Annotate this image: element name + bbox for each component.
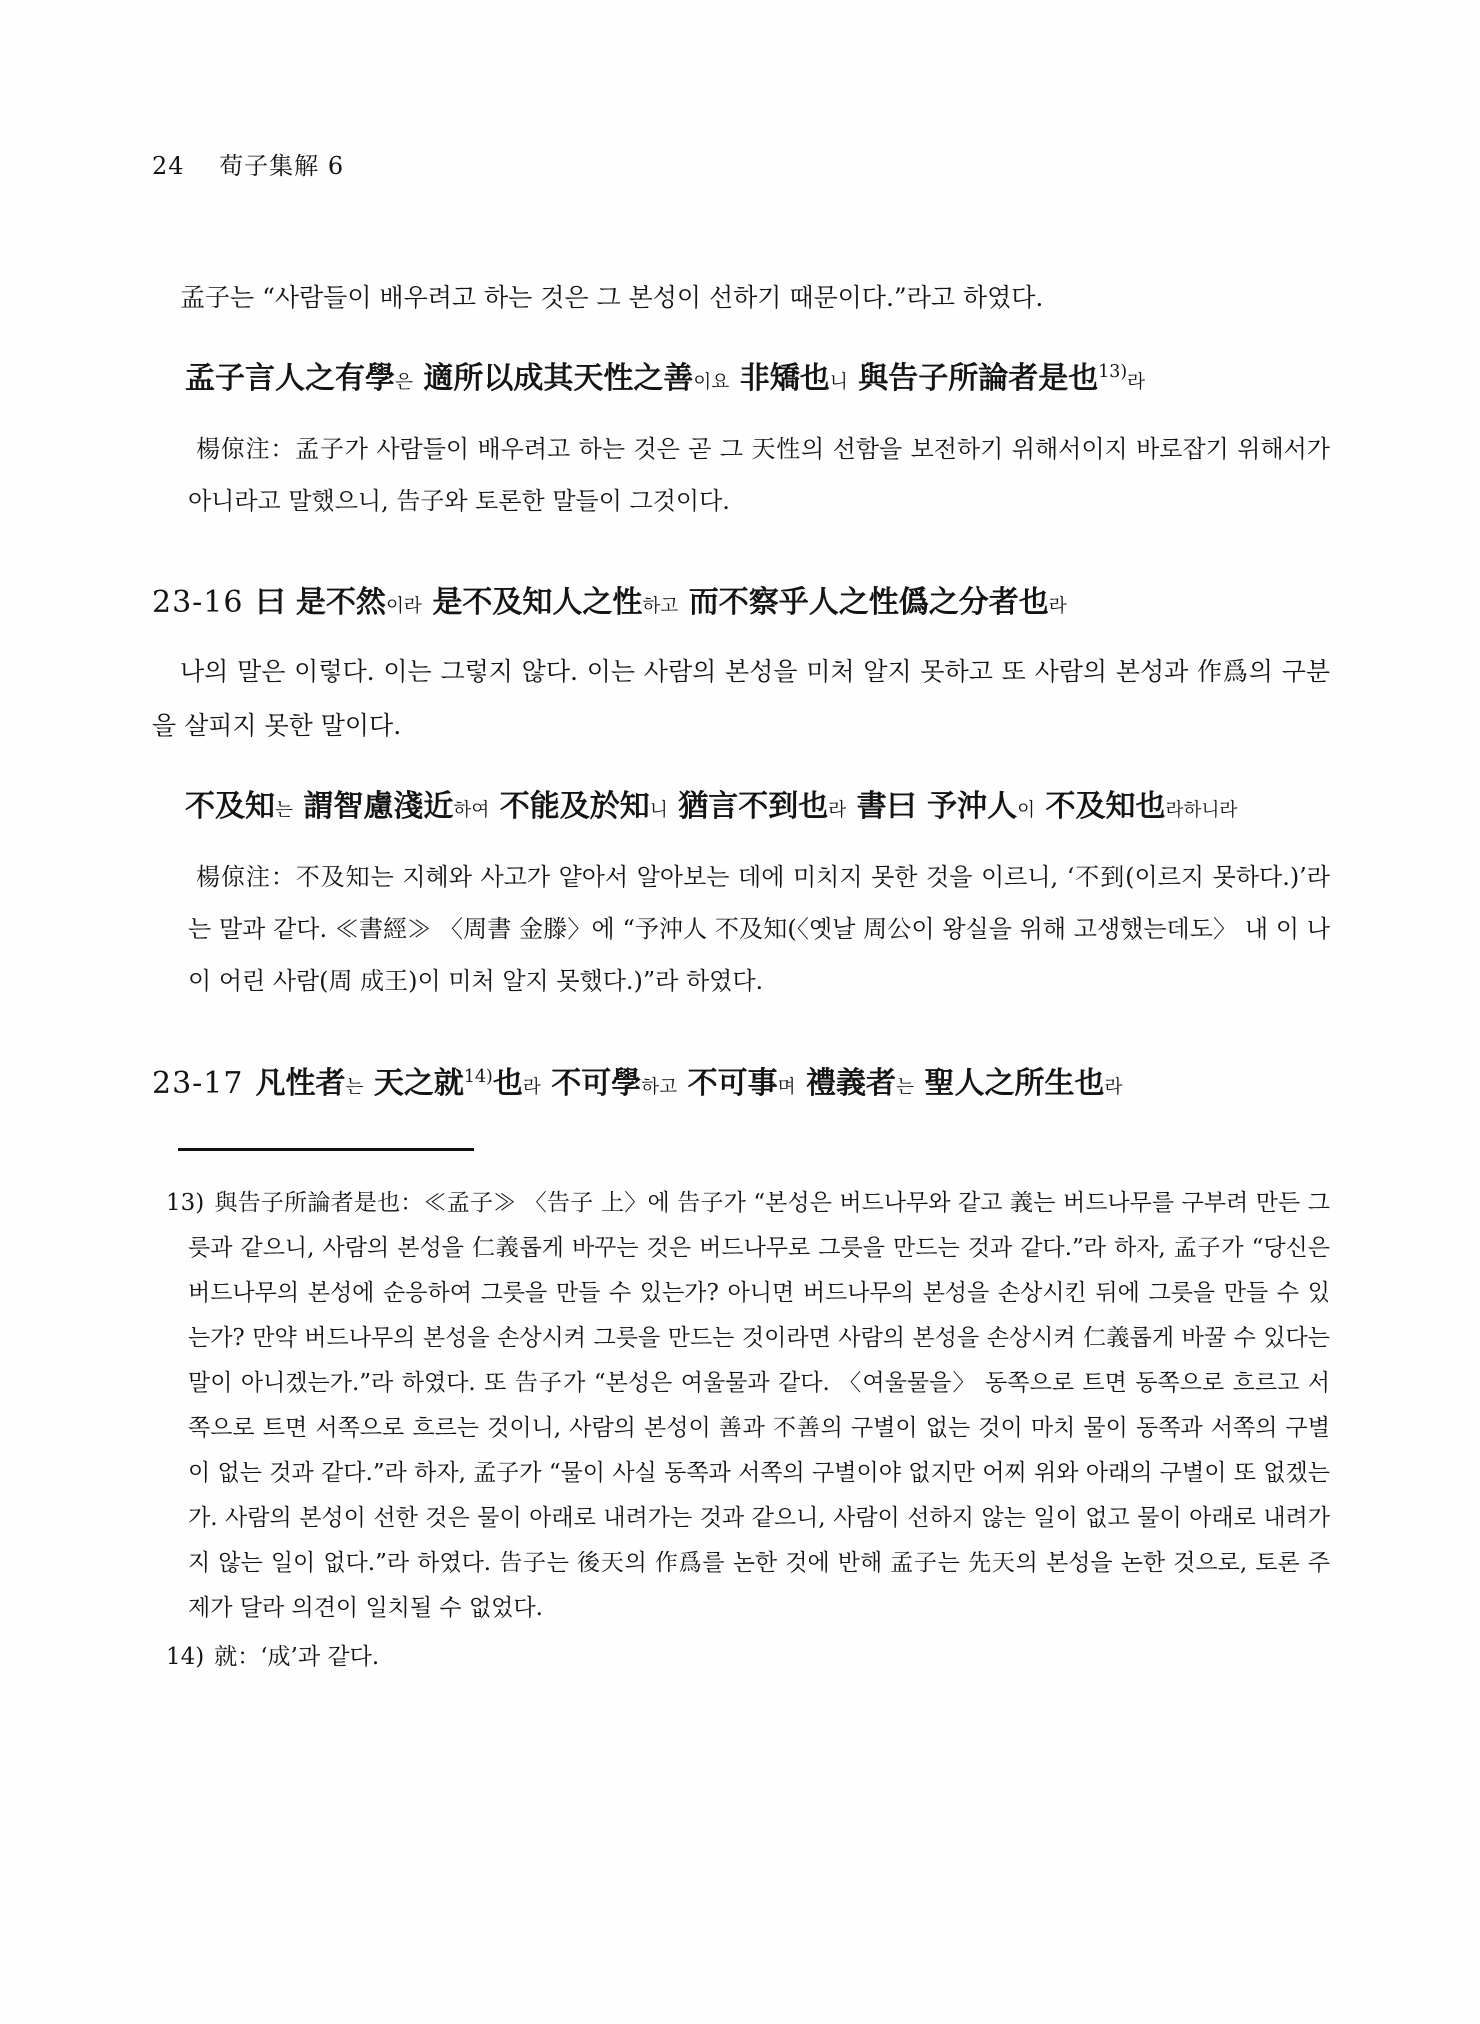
text-segment: 라 xyxy=(1049,596,1067,617)
footnote-text: 與告子所論者是也：≪孟子≫ 〈告子 上〉에 告子가 “본성은 버드나무와 같고 … xyxy=(188,1190,1330,1622)
text-segment: 不及知 xyxy=(185,789,275,824)
text-segment: 孟子는 “사람들이 배우려고 하는 것은 그 본성이 선하기 때문이다.”라고 … xyxy=(180,283,1043,312)
text-segment: 曰 是不然 xyxy=(255,585,385,620)
section-number: 23-17 xyxy=(152,1066,243,1101)
text-segment: 하고 xyxy=(642,596,678,617)
text-segment: 謂智慮淺近 xyxy=(293,789,453,824)
footnotes-area: 13)與告子所論者是也：≪孟子≫ 〈告子 上〉에 告子가 “본성은 버드나무와 … xyxy=(152,1148,1330,1681)
page-header: 24 荀子集解 6 xyxy=(152,146,1330,181)
text-segment: 禮義者 xyxy=(796,1066,896,1101)
section-paragraph: 23-17凡性者는 天之就14)也라 不可學하고 不可事며 禮義者는 聖人之所生… xyxy=(152,1060,1330,1108)
text-segment: 是不及知人之性 xyxy=(422,585,642,620)
text-segment: 은 xyxy=(395,372,413,393)
text-segment: 라하니라 xyxy=(1166,800,1238,821)
text-segment: 適所以成其天性之善 xyxy=(413,361,693,396)
text-segment: 이라 xyxy=(386,596,422,617)
footnote-number: 13) xyxy=(166,1190,204,1216)
text-segment: 天之就 xyxy=(363,1066,463,1101)
text-segment: 不及知也 xyxy=(1035,789,1165,824)
text-segment: 不能及於知 xyxy=(489,789,649,824)
footnote-text: 就：‘成’과 같다. xyxy=(214,1644,379,1670)
text-segment: 不可學 xyxy=(541,1066,641,1101)
page-content: 孟子는 “사람들이 배우려고 하는 것은 그 본성이 선하기 때문이다.”라고 … xyxy=(152,271,1330,1108)
text-segment: 不可事 xyxy=(677,1066,777,1101)
commentary-paragraph: 楊倞注：孟子가 사람들이 배우려고 하는 것은 곧 그 天性의 선함을 보전하기… xyxy=(188,423,1330,528)
text-segment: 는 xyxy=(275,800,293,821)
korean-paragraph: 나의 말은 이렇다. 이는 그렇지 않다. 이는 사람의 본성을 미처 알지 못… xyxy=(152,645,1330,753)
footnote-item: 14)就：‘成’과 같다. xyxy=(166,1635,1330,1680)
korean-paragraph: 孟子는 “사람들이 배우려고 하는 것은 그 본성이 선하기 때문이다.”라고 … xyxy=(152,271,1330,325)
book-title: 荀子集解 6 xyxy=(219,152,344,180)
book-page: 24 荀子集解 6 孟子는 “사람들이 배우려고 하는 것은 그 본성이 선하기… xyxy=(0,0,1480,2024)
text-segment: 凡性者 xyxy=(255,1066,345,1101)
text-segment: 라 xyxy=(828,800,846,821)
footnote-item: 13)與告子所論者是也：≪孟子≫ 〈告子 上〉에 告子가 “본성은 버드나무와 … xyxy=(166,1181,1330,1632)
text-segment: 니 xyxy=(650,800,668,821)
commentary-paragraph: 楊倞注：不及知는 지혜와 사고가 얕아서 알아보는 데에 미치지 못한 것을 이… xyxy=(188,851,1330,1008)
text-segment: 니 xyxy=(830,372,848,393)
text-segment: 이요 xyxy=(693,372,729,393)
text-segment: 猶言不到也 xyxy=(668,789,828,824)
text-segment: 는 xyxy=(896,1077,914,1098)
footnote-ref: 14) xyxy=(464,1067,493,1087)
text-segment: 라 xyxy=(1104,1077,1122,1098)
text-segment: 楊倞注：不及知는 지혜와 사고가 얕아서 알아보는 데에 미치지 못한 것을 이… xyxy=(188,863,1330,996)
text-segment: 나의 말은 이렇다. 이는 그렇지 않다. 이는 사람의 본성을 미처 알지 못… xyxy=(152,657,1330,740)
text-segment: 與告子所論者是也 xyxy=(848,361,1098,396)
footnote-ref: 13) xyxy=(1098,362,1127,382)
section-number: 23-16 xyxy=(152,585,243,620)
text-segment: 는 xyxy=(345,1077,363,1098)
text-segment: 非矯也 xyxy=(729,361,829,396)
page-number: 24 xyxy=(152,152,185,180)
footnote-separator xyxy=(178,1148,474,1151)
text-segment: 楊倞注：孟子가 사람들이 배우려고 하는 것은 곧 그 天性의 선함을 보전하기… xyxy=(188,435,1330,515)
text-segment: 이 xyxy=(1017,800,1035,821)
text-segment: 며 xyxy=(778,1077,796,1098)
hanmun-paragraph: 孟子言人之有學은 適所以成其天性之善이요 非矯也니 與告子所論者是也13)라 xyxy=(185,351,1330,407)
text-segment: 라 xyxy=(1127,372,1145,393)
footnote-number: 14) xyxy=(166,1644,204,1670)
text-segment: 也 xyxy=(493,1066,523,1101)
footnote-list: 13)與告子所論者是也：≪孟子≫ 〈告子 上〉에 告子가 “본성은 버드나무와 … xyxy=(152,1181,1330,1681)
text-segment: 라 xyxy=(523,1077,541,1098)
text-segment: 하여 xyxy=(453,800,489,821)
text-segment: 而不察乎人之性僞之分者也 xyxy=(678,585,1048,620)
text-segment: 하고 xyxy=(641,1077,677,1098)
text-segment: 孟子言人之有學 xyxy=(185,361,395,396)
text-segment: 書曰 予沖人 xyxy=(846,789,1017,824)
section-paragraph: 23-16曰 是不然이라 是不及知人之性하고 而不察乎人之性僞之分者也라 xyxy=(152,579,1330,627)
text-segment: 聖人之所生也 xyxy=(914,1066,1104,1101)
hanmun-paragraph: 不及知는 謂智慮淺近하여 不能及於知니 猶言不到也라 書曰 予沖人이 不及知也라… xyxy=(185,779,1330,835)
